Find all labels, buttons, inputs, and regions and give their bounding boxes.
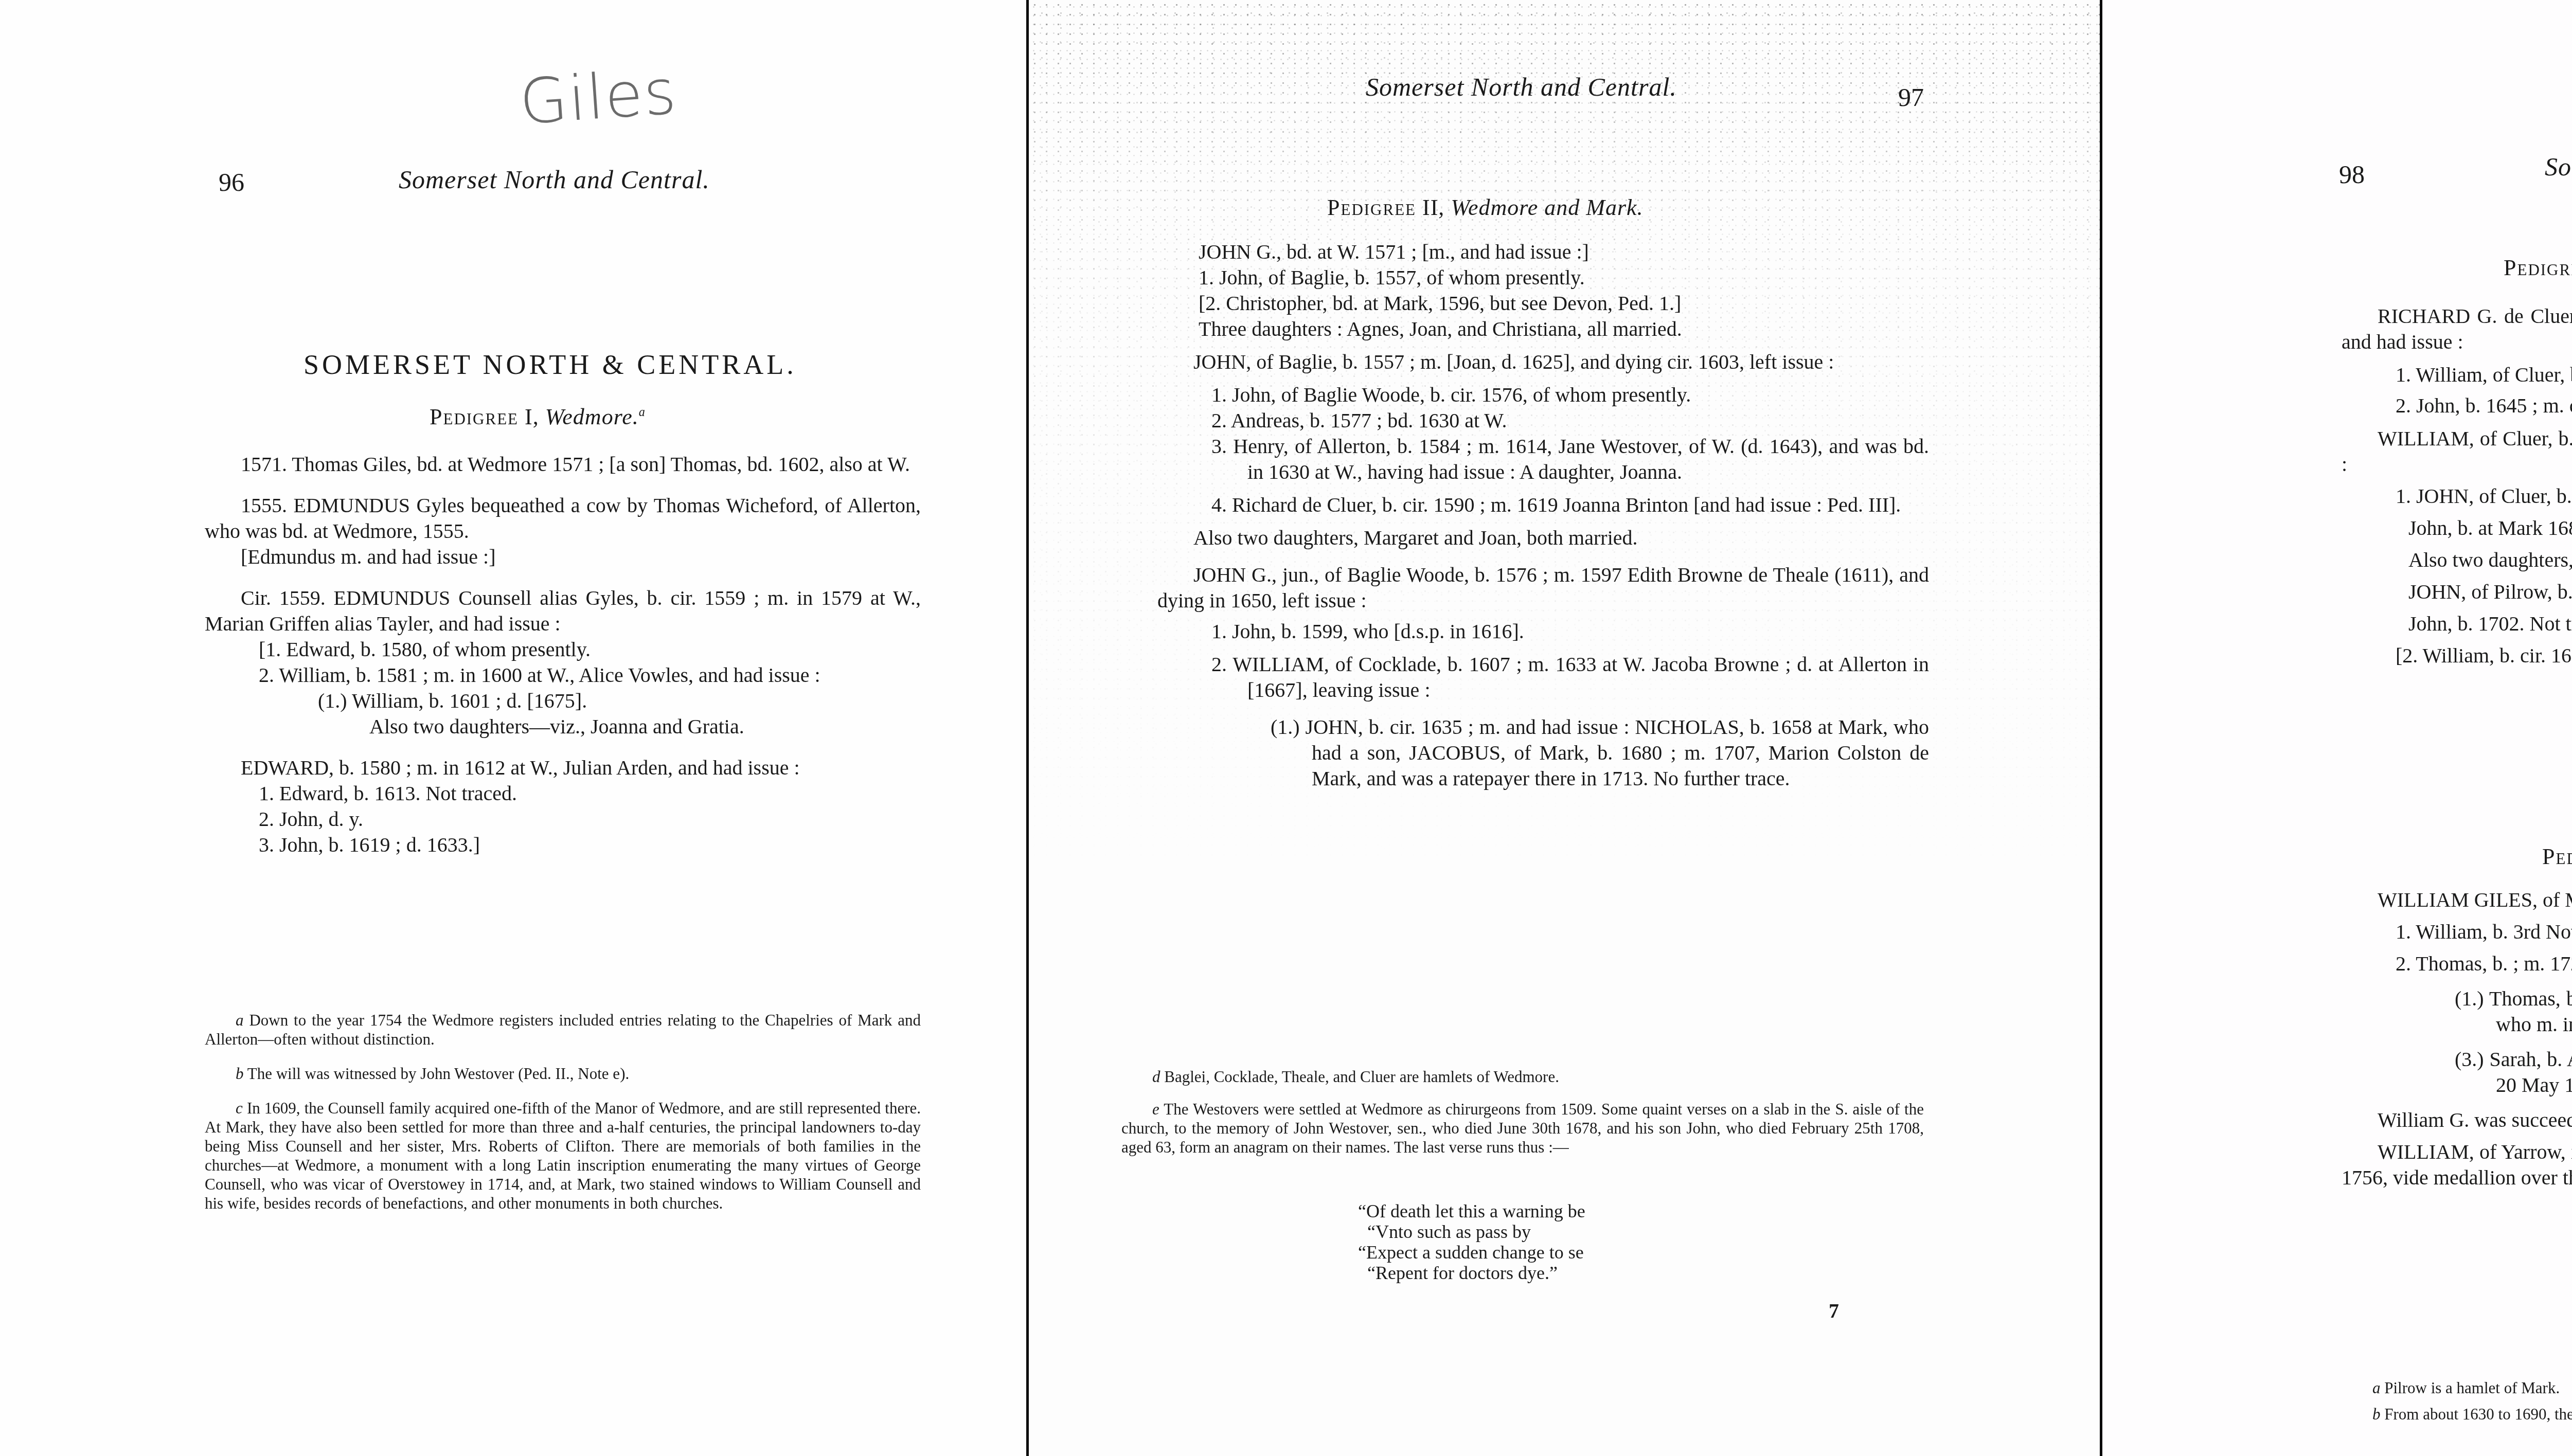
entry: WILLIAM, of Cluer, b. 1641 ; m. in 1660 … xyxy=(2342,426,2572,477)
running-head: Somerset North and Central. xyxy=(399,165,710,194)
footnote-d: d Baglei, Cocklade, Theale, and Cluer ar… xyxy=(1121,1067,1924,1086)
footnotes: a Pilrow is a hamlet of Mark. b From abo… xyxy=(2342,1378,2572,1424)
entry: WILLIAM, of Yarrow, in East Mark, yeoman… xyxy=(2342,1139,2572,1191)
entry: WILLIAM GILES, of Mark, s. of . . . ; b.… xyxy=(2342,887,2572,913)
entry: 1. John, of Baglie, b. 1557, of whom pre… xyxy=(1157,265,1929,291)
pedigree-title: Pedigree II, Wedmore and Mark. xyxy=(1327,194,1644,221)
entry: JOHN G., jun., of Baglie Woode, b. 1576 … xyxy=(1157,562,1929,614)
footnote-b: b From about 1630 to 1690, the parish re… xyxy=(2342,1405,2572,1424)
entry: 1571. Thomas Giles, bd. at Wedmore 1571 … xyxy=(205,452,921,477)
entry: 1. Edward, b. 1613. Not traced. xyxy=(205,781,921,806)
entry: [Edmundus m. and had issue :] xyxy=(205,544,921,570)
footnote-a: a Pilrow is a hamlet of Mark. xyxy=(2342,1378,2572,1397)
entry: 2. John, b. 1645 ; m. cir. 1664, and had… xyxy=(2342,393,2572,419)
page-number: 98 xyxy=(2339,159,2365,189)
verse-line: “Vnto such as pass by xyxy=(1358,1221,1585,1242)
entry: 3. Henry, of Allerton, b. 1584 ; m. 1614… xyxy=(1157,434,1929,485)
main-title: SOMERSET NORTH & CENTRAL. xyxy=(303,349,797,381)
entry: RICHARD G. de Cluer [s. of Richard and J… xyxy=(2342,303,2572,355)
verse-line: “Of death let this a warning be xyxy=(1358,1201,1585,1221)
pedigree-iv-body: WILLIAM GILES, of Mark, s. of . . . ; b.… xyxy=(2342,887,2572,1191)
pedigree-body: JOHN G., bd. at W. 1571 ; [m., and had i… xyxy=(1157,239,1929,792)
entry: Three daughters : Agnes, Joan, and Chris… xyxy=(1157,316,1929,342)
entry: JOHN, of Pilrow, b. at Mark 1681 ; m. an… xyxy=(2342,579,2572,605)
entry: (1.) William, b. 1601 ; d. [1675]. xyxy=(205,688,921,714)
entry: 2. Andreas, b. 1577 ; bd. 1630 at W. xyxy=(1157,408,1929,434)
entry: 2. WILLIAM, of Cocklade, b. 1607 ; m. 16… xyxy=(1157,652,1929,703)
footnote-e: e The Westovers were settled at Wedmore … xyxy=(1121,1100,1924,1157)
entry: Also two daughters, Margaret and Joan, b… xyxy=(1157,525,1929,551)
entry: EDWARD, b. 1580 ; m. in 1612 at W., Juli… xyxy=(205,755,921,781)
signature-mark: 7 xyxy=(1829,1299,1839,1323)
running-head: Somerset North and Central. xyxy=(2545,152,2572,182)
footnote-c: c In 1609, the Counsell family acquired … xyxy=(205,1099,921,1213)
entry: Also two daughters, Ann and Hannam, both… xyxy=(2342,547,2572,573)
page-98: 98 Somerset North and Central. Pedigree … xyxy=(2102,0,2572,1456)
entry: 1555. EDMUNDUS Gyles bequeathed a cow by… xyxy=(205,493,921,544)
entry: 1. John, of Baglie Woode, b. cir. 1576, … xyxy=(1157,382,1929,408)
page-number: 96 xyxy=(219,167,244,197)
page-number: 97 xyxy=(1898,82,1924,112)
footnotes: a Down to the year 1754 the Wedmore regi… xyxy=(205,1011,921,1213)
pedigree-iii-body: RICHARD G. de Cluer [s. of Richard and J… xyxy=(2342,303,2572,669)
pedigree-iii-title: Pedigree III, Wedmore and Mark. xyxy=(2504,255,2572,281)
pedigree-title: Pedigree I, Wedmore.a xyxy=(430,404,646,430)
verse-line: “Repent for doctors dye.” xyxy=(1358,1263,1585,1283)
entry: William G. was succeeded by his son : xyxy=(2342,1107,2572,1133)
entry: (3.) Sarah, b. August 1694 [d.y.]. (4.) … xyxy=(2342,1047,2572,1098)
entry: 2. John, d. y. xyxy=(205,806,921,832)
footnote-a: a Down to the year 1754 the Wedmore regi… xyxy=(205,1011,921,1049)
entry: 2. Thomas, b. ; m. 1723 Jane . . . and d… xyxy=(2342,951,2572,977)
epitaph-verse: “Of death let this a warning be “Vnto su… xyxy=(1358,1201,1585,1283)
entry: John, b. at Mark 1681, of whom presently… xyxy=(2342,515,2572,541)
footnote-b: b The will was witnessed by John Westove… xyxy=(205,1064,921,1083)
entry: [2. Christopher, bd. at Mark, 1596, but … xyxy=(1157,291,1929,316)
verse-line: “Expect a sudden change to se xyxy=(1358,1242,1585,1263)
pedigree-body: 1571. Thomas Giles, bd. at Wedmore 1571 … xyxy=(205,452,921,858)
pedigree-iv-title: Pedigree IV, Mark-Churchill. xyxy=(2542,843,2572,870)
entry: (1.) Thomas, b. 1726 Sept. [m. cir. 1746… xyxy=(2342,986,2572,1037)
entry: 4. Richard de Cluer, b. cir. 1590 ; m. 1… xyxy=(1157,492,1929,518)
entry: 1. JOHN, of Cluer, b. 1661 ; m. cir. 168… xyxy=(2342,483,2572,509)
entry: [1. Edward, b. 1580, of whom presently. xyxy=(205,637,921,662)
page-96: Giles 96 Somerset North and Central. SOM… xyxy=(0,0,1026,1456)
entry: 3. John, b. 1619 ; d. 1633.] xyxy=(205,832,921,858)
entry: 2. William, b. 1581 ; m. in 1600 at W., … xyxy=(205,662,921,688)
entry: 1. William, of Cluer, b. 1641, of whom p… xyxy=(2342,362,2572,388)
entry: JOHN, of Baglie, b. 1557 ; m. [Joan, d. … xyxy=(1157,349,1929,375)
entry: (1.) JOHN, b. cir. 1635 ; m. and had iss… xyxy=(1157,714,1929,792)
footnotes: d Baglei, Cocklade, Theale, and Cluer ar… xyxy=(1121,1067,1924,1157)
page-97: Somerset North and Central. 97 Pedigree … xyxy=(1026,0,2102,1456)
running-head: Somerset North and Central. xyxy=(1366,72,1677,102)
entry: John, b. 1702. Not traced further. xyxy=(2342,611,2572,637)
entry: Cir. 1559. EDMUNDUS Counsell alias Gyles… xyxy=(205,585,921,637)
handwritten-note: Giles xyxy=(517,56,680,138)
entry: JOHN G., bd. at W. 1571 ; [m., and had i… xyxy=(1157,239,1929,265)
entry: 1. John, b. 1599, who [d.s.p. in 1616]. xyxy=(1157,619,1929,644)
entry: 1. William, b. 3rd Nov. 1697, of whom pr… xyxy=(2342,919,2572,945)
entry: Also two daughters—viz., Joanna and Grat… xyxy=(205,714,921,740)
entry: [2. William, b. cir. 1664—1670, of Mark]… xyxy=(2342,643,2572,669)
